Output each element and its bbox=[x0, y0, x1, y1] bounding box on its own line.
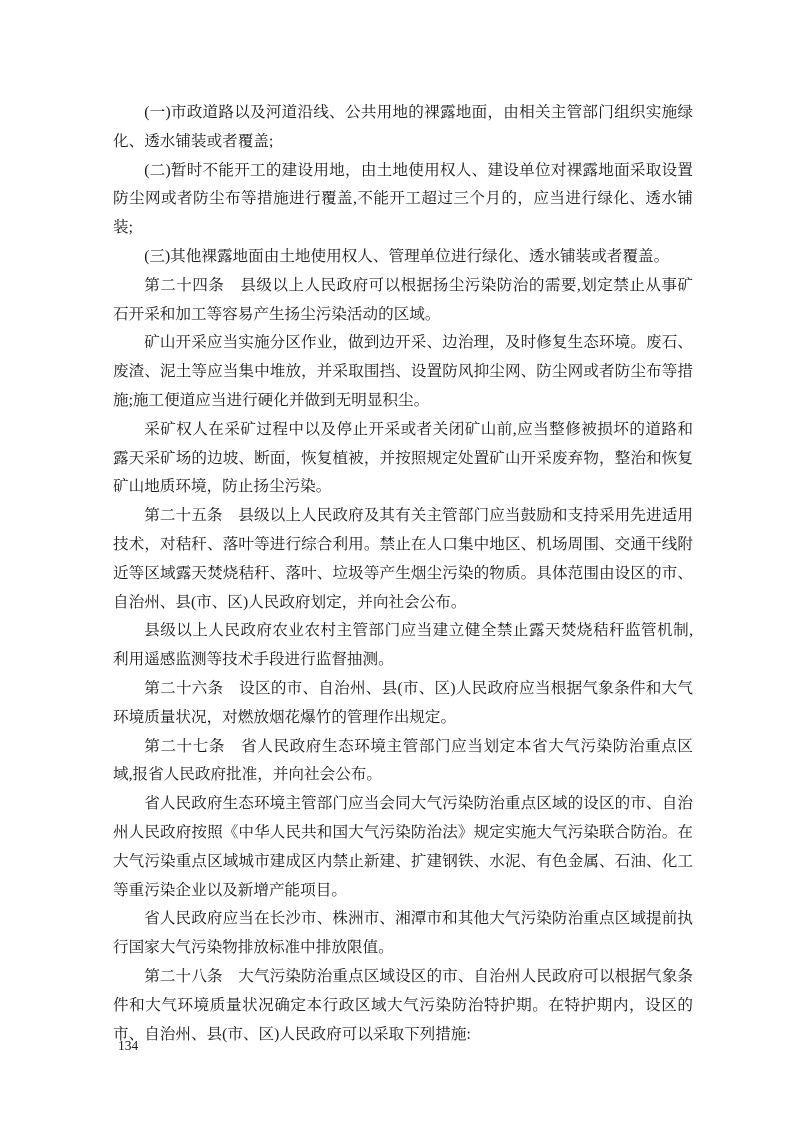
paragraph-article-24-clause-2: 矿山开采应当实施分区作业，做到边开采、边治理，及时修复生态环境。废石、废渣、泥土… bbox=[113, 329, 693, 415]
paragraph-article-28: 第二十八条 大气污染防治重点区域设区的市、自治州人民政府可以根据气象条件和大气环… bbox=[113, 963, 693, 1049]
paragraph-article-24: 第二十四条 县级以上人民政府可以根据扬尘污染防治的需要,划定禁止从事矿石开采和加… bbox=[113, 272, 693, 330]
paragraph-article-26: 第二十六条 设区的市、自治州、县(市、区)人民政府应当根据气象条件和大气环境质量… bbox=[113, 675, 693, 733]
paragraph-article-25-clause-2: 县级以上人民政府农业农村主管部门应当建立健全禁止露天焚烧秸秆监管机制,利用遥感监… bbox=[113, 617, 693, 675]
paragraph-article-27: 第二十七条 省人民政府生态环境主管部门应当划定本省大气污染防治重点区域,报省人民… bbox=[113, 733, 693, 791]
document-page: (一)市政道路以及河道沿线、公共用地的裸露地面，由相关主管部门组织实施绿化、透水… bbox=[0, 0, 793, 1122]
paragraph-item-3: (三)其他裸露地面由土地使用权人、管理单位进行绿化、透水铺装或者覆盖。 bbox=[113, 243, 693, 272]
paragraph-article-27-clause-3: 省人民政府应当在长沙市、株洲市、湘潭市和其他大气污染防治重点区域提前执行国家大气… bbox=[113, 905, 693, 963]
paragraph-article-24-clause-3: 采矿权人在采矿过程中以及停止开采或者关闭矿山前,应当整修被损坏的道路和露天采矿场… bbox=[113, 416, 693, 502]
page-number: 134 bbox=[118, 1038, 138, 1054]
paragraph-item-2: (二)暂时不能开工的建设用地，由土地使用权人、建设单位对裸露地面采取设置防尘网或… bbox=[113, 157, 693, 243]
paragraph-article-27-clause-2: 省人民政府生态环境主管部门应当会同大气污染防治重点区域的设区的市、自治州人民政府… bbox=[113, 790, 693, 905]
document-body: (一)市政道路以及河道沿线、公共用地的裸露地面，由相关主管部门组织实施绿化、透水… bbox=[113, 99, 693, 1049]
paragraph-item-1: (一)市政道路以及河道沿线、公共用地的裸露地面，由相关主管部门组织实施绿化、透水… bbox=[113, 99, 693, 157]
paragraph-article-25: 第二十五条 县级以上人民政府及其有关主管部门应当鼓励和支持采用先进适用技术，对秸… bbox=[113, 502, 693, 617]
